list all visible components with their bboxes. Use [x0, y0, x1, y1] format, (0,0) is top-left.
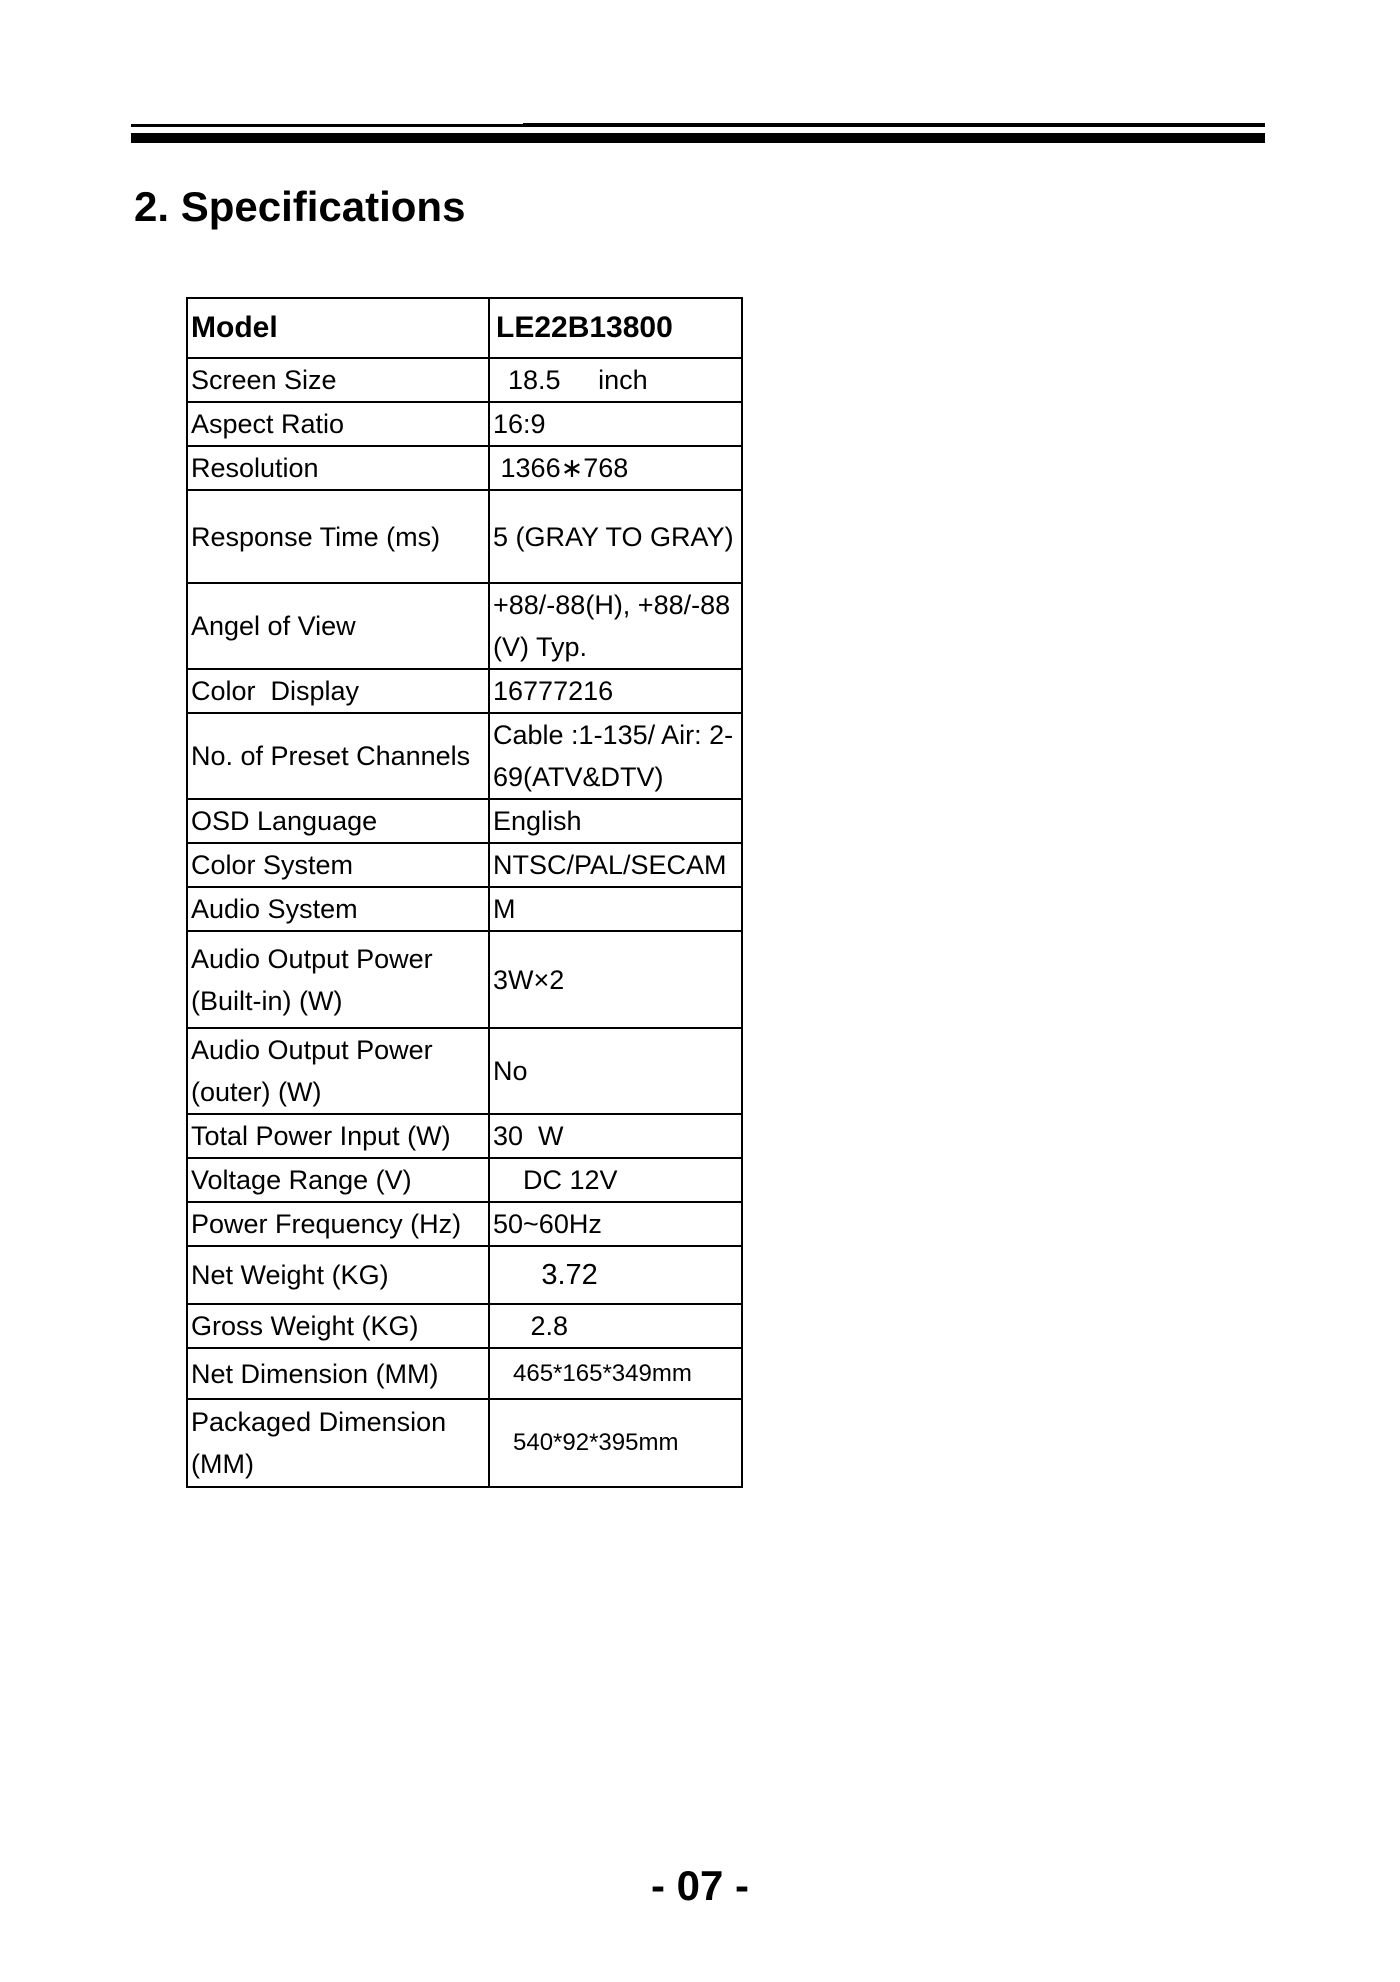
table-row: Power Frequency (Hz)50~60Hz	[187, 1202, 742, 1246]
table-row: Angel of View+88/-88(H), +88/-88 (V) Typ…	[187, 583, 742, 669]
table-row: Audio Output Power (Built-in) (W)3W×2	[187, 931, 742, 1028]
spec-label-cell: Audio Output Power (outer) (W)	[187, 1028, 489, 1114]
table-row: Aspect Ratio16:9	[187, 402, 742, 446]
spec-label-cell: No. of Preset Channels	[187, 713, 489, 799]
spec-label-cell: Resolution	[187, 446, 489, 490]
spec-value-cell: 1366∗768	[489, 446, 742, 490]
spec-value-cell: 16777216	[489, 669, 742, 713]
spec-value-cell: 16:9	[489, 402, 742, 446]
table-row: Voltage Range (V) DC 12V	[187, 1158, 742, 1202]
spec-label-cell: Color System	[187, 843, 489, 887]
table-row: No. of Preset ChannelsCable :1-135/ Air:…	[187, 713, 742, 799]
spec-label-cell: Audio System	[187, 887, 489, 931]
table-row: Net Weight (KG) 3.72	[187, 1246, 742, 1304]
spec-value-cell: 3.72	[489, 1246, 742, 1304]
spec-value-cell: English	[489, 799, 742, 843]
section-title: 2. Specifications	[134, 182, 465, 232]
table-row: Resolution 1366∗768	[187, 446, 742, 490]
table-row: Net Dimension (MM) 465*165*349mm	[187, 1348, 742, 1399]
spec-value-cell: 5 (GRAY TO GRAY)	[489, 490, 742, 583]
page-number: - 07 -	[0, 1862, 1400, 1910]
spec-value-cell: 18.5 inch	[489, 358, 742, 402]
spec-value-cell: Cable :1-135/ Air: 2-69(ATV&DTV)	[489, 713, 742, 799]
header-value-cell: LE22B13800	[489, 298, 742, 358]
spec-value-cell: No	[489, 1028, 742, 1114]
header-rule-thick	[131, 133, 1265, 143]
spec-label-cell: Voltage Range (V)	[187, 1158, 489, 1202]
spec-value-cell: 540*92*395mm	[489, 1399, 742, 1487]
spec-label-cell: Screen Size	[187, 358, 489, 402]
table-row: Screen Size 18.5 inch	[187, 358, 742, 402]
header-rule-thin	[523, 123, 1265, 127]
spec-value-cell: 50~60Hz	[489, 1202, 742, 1246]
specifications-table: Model LE22B13800 Screen Size 18.5 inchAs…	[186, 297, 743, 1488]
spec-label-cell: Angel of View	[187, 583, 489, 669]
spec-value-cell: DC 12V	[489, 1158, 742, 1202]
table-row: Packaged Dimension (MM) 540*92*395mm	[187, 1399, 742, 1487]
spec-label-cell: Gross Weight (KG)	[187, 1304, 489, 1348]
spec-value-cell: 30 W	[489, 1114, 742, 1158]
spec-label-cell: Net Weight (KG)	[187, 1246, 489, 1304]
table-row: OSD LanguageEnglish	[187, 799, 742, 843]
spec-label-cell: OSD Language	[187, 799, 489, 843]
table-row: Total Power Input (W)30 W	[187, 1114, 742, 1158]
table-row: Color SystemNTSC/PAL/SECAM	[187, 843, 742, 887]
spec-value-cell: +88/-88(H), +88/-88 (V) Typ.	[489, 583, 742, 669]
spec-label-cell: Audio Output Power (Built-in) (W)	[187, 931, 489, 1028]
header-rule-thin	[131, 124, 523, 127]
spec-value-cell: 2.8	[489, 1304, 742, 1348]
spec-value-cell: 465*165*349mm	[489, 1348, 742, 1399]
table-row: Audio Output Power (outer) (W)No	[187, 1028, 742, 1114]
table-row: Response Time (ms)5 (GRAY TO GRAY)	[187, 490, 742, 583]
spec-value-cell: NTSC/PAL/SECAM	[489, 843, 742, 887]
spec-label-cell: Response Time (ms)	[187, 490, 489, 583]
spec-label-cell: Packaged Dimension (MM)	[187, 1399, 489, 1487]
table-row: Color Display16777216	[187, 669, 742, 713]
spec-value-cell: 3W×2	[489, 931, 742, 1028]
header-label-cell: Model	[187, 298, 489, 358]
spec-value-cell: M	[489, 887, 742, 931]
spec-label-cell: Power Frequency (Hz)	[187, 1202, 489, 1246]
spec-label-cell: Aspect Ratio	[187, 402, 489, 446]
spec-label-cell: Net Dimension (MM)	[187, 1348, 489, 1399]
spec-label-cell: Total Power Input (W)	[187, 1114, 489, 1158]
spec-label-cell: Color Display	[187, 669, 489, 713]
table-header-row: Model LE22B13800	[187, 298, 742, 358]
table-row: Gross Weight (KG) 2.8	[187, 1304, 742, 1348]
table-row: Audio SystemM	[187, 887, 742, 931]
